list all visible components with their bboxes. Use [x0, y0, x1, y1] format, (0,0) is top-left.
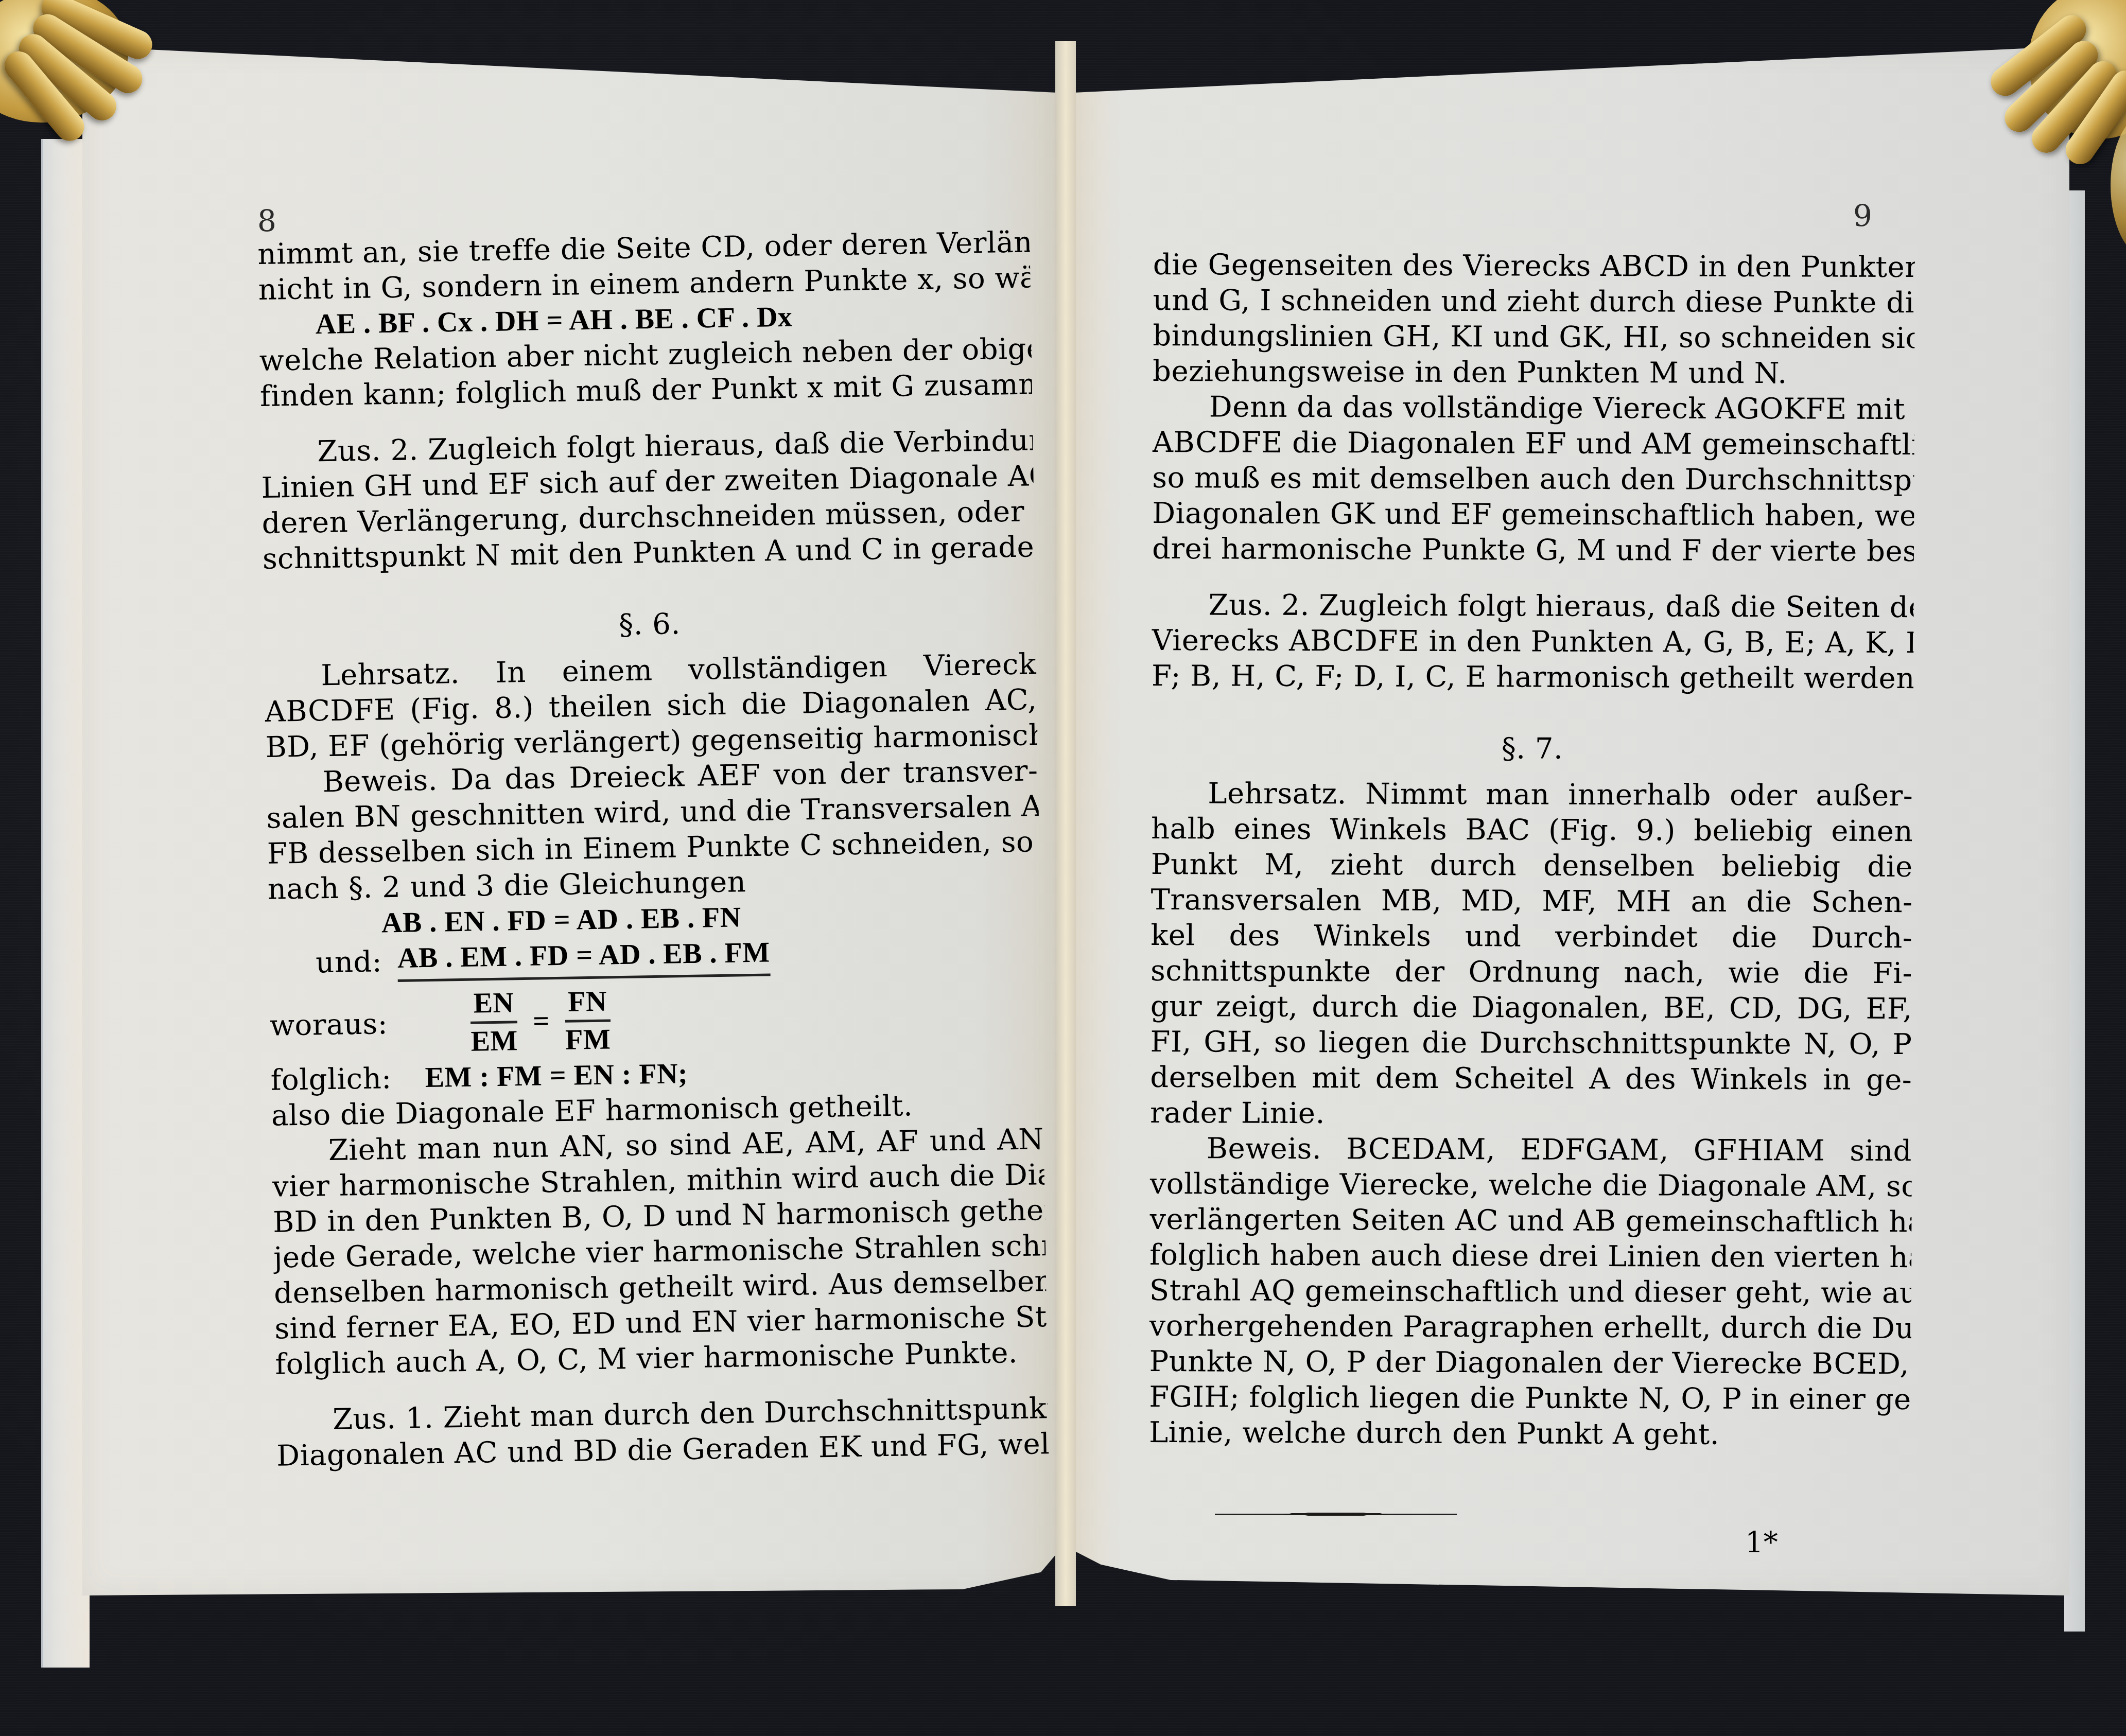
- book-gutter: [1055, 41, 1076, 1606]
- text-line: Diagonalen GK und EF gemeinschaftlich ha…: [1152, 496, 1914, 534]
- theorem-line: Transversalen MB, MD, MF, MH an die Sche…: [1151, 882, 1912, 920]
- theorem-line: Punkt M, zieht durch denselben beliebig …: [1151, 847, 1913, 885]
- equation-3: woraus: EN EM = FN FM: [269, 977, 1042, 1063]
- proof-line: Linie, welche durch den Punkt A geht.: [1149, 1415, 1911, 1453]
- theorem-line: gur zeigt, durch die Diagonalen, BE, CD,…: [1151, 989, 1912, 1027]
- theorem-line: rader Linie.: [1150, 1095, 1912, 1133]
- open-book: 8 nimmt an, sie treffe die Seite CD, ode…: [0, 0, 2126, 1736]
- brass-hand-right-icon: [1915, 0, 2126, 252]
- text-line: die Gegenseiten des Vierecks ABCD in den…: [1153, 247, 1915, 285]
- theorem-line: Lehrsatz. Nimmt man innerhalb oder außer…: [1151, 776, 1913, 814]
- text-line: Denn da das vollständige Viereck AGOKFE …: [1153, 389, 1914, 427]
- fraction-right: FN FM: [565, 984, 611, 1058]
- theorem-line: derselben mit dem Scheitel A des Winkels…: [1150, 1060, 1912, 1098]
- theorem-line: FI, GH, so liegen die Durchschnittspunkt…: [1150, 1024, 1912, 1062]
- proof-line: vorhergehenden Paragraphen erhellt, durc…: [1149, 1308, 1911, 1346]
- corollary-line: Vierecks ABCDFE in den Punkten A, G, B, …: [1152, 623, 1913, 661]
- right-page-number: 9: [1853, 198, 1872, 233]
- text-line: ABCDFE die Diagonalen EF und AM gemeinsc…: [1153, 425, 1914, 463]
- proof-line: verlängerten Seiten AC und AB gemeinscha…: [1149, 1202, 1911, 1240]
- left-page-text: nimmt an, sie treffe die Seite CD, oder …: [257, 224, 1049, 1474]
- text-line: drei harmonische Punkte G, M und F der v…: [1152, 531, 1914, 569]
- fraction-left: EN EM: [470, 985, 518, 1059]
- section-heading: §. 6.: [263, 601, 1036, 648]
- proof-line: vollständige Vierecke, welche die Diagon…: [1150, 1166, 1912, 1204]
- signature-mark: 1*: [1745, 1526, 1778, 1559]
- proof-line: Strahl AQ gemeinschaftlich und dieser ge…: [1149, 1273, 1911, 1311]
- corollary-line: Zus. 2. Zugleich folgt hieraus, daß die …: [1152, 587, 1913, 625]
- text-line: beziehungsweise in den Punkten M und N.: [1153, 354, 1914, 392]
- theorem-line: kel des Winkels und verbindet die Durch-: [1151, 918, 1912, 956]
- text-line: bindungslinien GH, KI und GK, HI, so sch…: [1153, 318, 1914, 356]
- proof-line: folglich haben auch diese drei Linien de…: [1149, 1237, 1911, 1275]
- theorem-line: schnittspunkte der Ordnung nach, wie die…: [1151, 953, 1912, 991]
- text-line: so muß es mit demselben auch den Durchsc…: [1152, 460, 1914, 498]
- right-page-text: die Gegenseiten des Vierecks ABCD in den…: [1149, 247, 1915, 1453]
- proof-line: Punkte N, O, P der Diagonalen der Vierec…: [1149, 1344, 1911, 1382]
- proof-line: Beweis. BCEDAM, EDFGAM, GFHIAM sind: [1150, 1131, 1912, 1169]
- theorem-line: halb eines Winkels BAC (Fig. 9.) beliebi…: [1151, 811, 1913, 849]
- left-page-edges: [41, 139, 90, 1668]
- section-heading: §. 7.: [1151, 730, 1913, 768]
- end-ornament-rule: [1215, 1511, 1457, 1518]
- proof-line: FGIH; folglich liegen die Punkte N, O, P…: [1149, 1379, 1911, 1417]
- corollary-line: F; B, H, C, F; D, I, C, E harmonisch get…: [1152, 658, 1913, 696]
- left-page-number: 8: [257, 203, 276, 238]
- text-line: und G, I schneiden und zieht durch diese…: [1153, 283, 1915, 321]
